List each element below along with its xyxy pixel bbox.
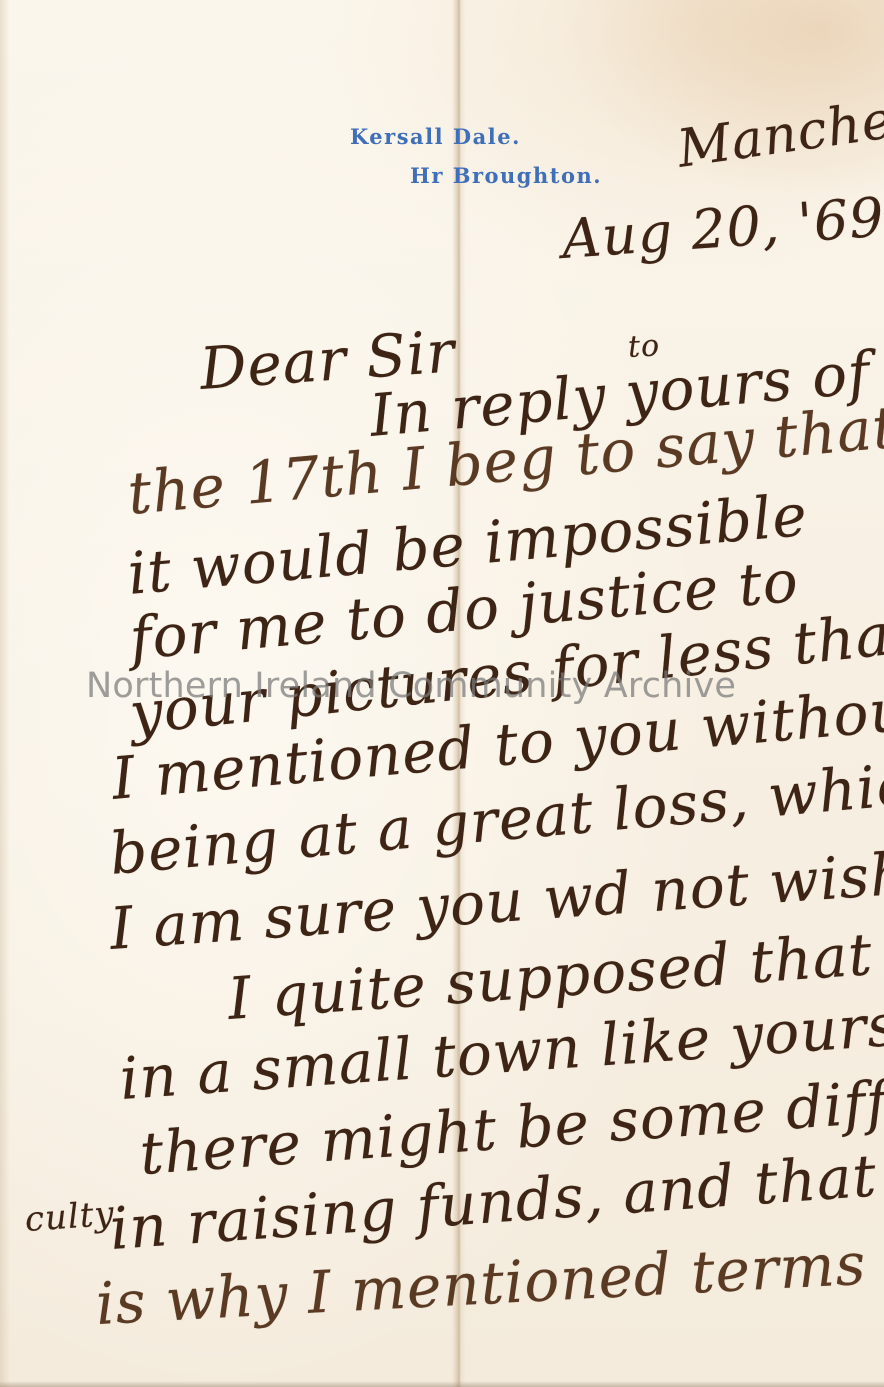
letter-margin-continuation: culty (24, 1194, 116, 1240)
letter-place: Manchester (674, 75, 884, 180)
letter-page: Kersall Dale. Hr Broughton. Manchester A… (0, 0, 884, 1387)
letterhead-line-1: Kersall Dale. (350, 124, 521, 149)
paper-left-edge (0, 0, 10, 1387)
letterhead-line-2: Hr Broughton. (410, 163, 602, 188)
archive-watermark: Northern Ireland Community Archive (86, 666, 736, 706)
letter-date: Aug 20, '69 (560, 186, 884, 271)
paper-bottom-edge (0, 1381, 884, 1387)
